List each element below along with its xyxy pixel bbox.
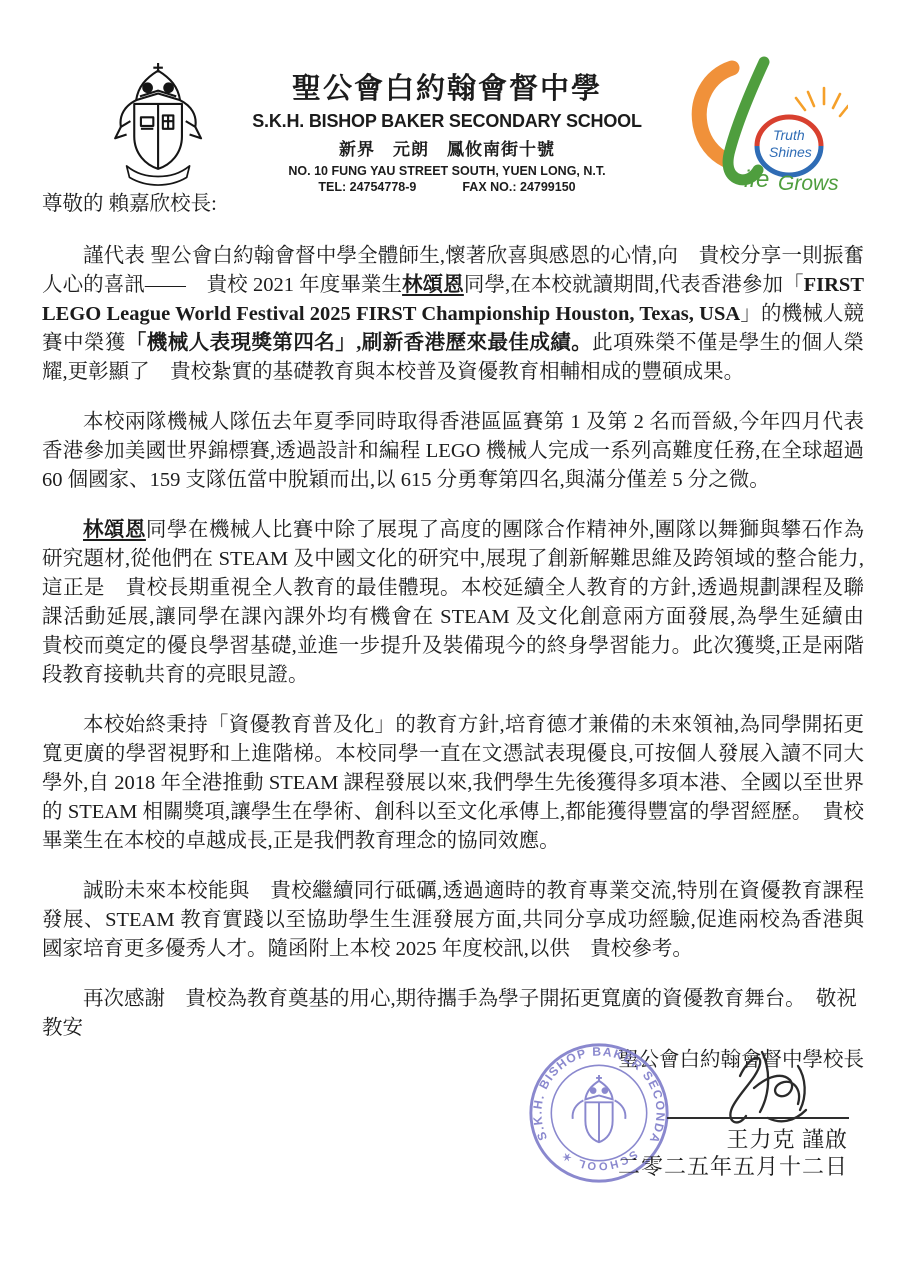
- logo-text-ife: ife: [744, 166, 769, 193]
- logo-motto-shines: Shines: [769, 144, 812, 160]
- letter-body: 尊敬的 賴嘉欣校長: 謹代表 聖公會白約翰會督中學全體師生,懷著欣喜與感恩的心情…: [42, 190, 864, 1075]
- letter-paragraph: 誠盼未來本校能與 貴校繼續同行砥礪,透過適時的教育專業交流,特別在資優教育課程發…: [42, 877, 864, 964]
- school-header: 聖公會白約翰會督中學 S.K.H. BISHOP BAKER SECONDARY…: [237, 66, 657, 194]
- letter-paragraph: 謹代表 聖公會白約翰會督中學全體師生,懷著欣喜與感恩的心情,向 貴校分享一則振奮…: [42, 242, 864, 387]
- paragraph-segment: 本校始終秉持「資優教育普及化」的教育方針,培育德才兼備的未來領袖,為同學開拓更寬…: [42, 714, 864, 852]
- salutation: 尊敬的 賴嘉欣校長:: [42, 190, 864, 219]
- paragraph-segment: 林頌恩: [83, 519, 146, 541]
- svg-text:S.K.H. BISHOP BAKER SECONDARY: S.K.H. BISHOP BAKER SECONDARY: [526, 1040, 668, 1146]
- logo-green-stem: [728, 62, 764, 180]
- logo-sun-rays: [796, 88, 848, 116]
- paragraph-segment: 本校兩隊機械人隊伍去年夏季同時取得香港區區賽第 1 及第 2 名而晉級,今年四月…: [42, 411, 864, 491]
- letter-page: 聖公會白約翰會督中學 S.K.H. BISHOP BAKER SECONDARY…: [0, 0, 905, 1280]
- school-logo-lifegrows: Truth Shines ife Grows: [672, 54, 848, 196]
- school-address-en: NO. 10 FUNG YAU STREET SOUTH, YUEN LONG,…: [237, 164, 657, 178]
- letter-date: 二零二五年五月十二日: [618, 1150, 848, 1181]
- letter-paragraph: 林頌恩同學在機械人比賽中除了展現了高度的團隊合作精神外,團隊以舞獅與攀石作為研究…: [42, 516, 864, 690]
- paragraph-segment: 誠盼未來本校能與 貴校繼續同行砥礪,透過適時的教育專業交流,特別在資優教育課程發…: [42, 880, 864, 960]
- letter-paragraph: 本校始終秉持「資優教育普及化」的教育方針,培育德才兼備的未來領袖,為同學開拓更寬…: [42, 711, 864, 856]
- paragraph-segment: 教安: [42, 1017, 83, 1039]
- paragraph-segment: 林頌恩: [402, 274, 464, 296]
- letter-paragraph: 再次感謝 貴校為教育奠基的用心,期待攜手為學子開拓更寬廣的資優教育舞台。 敬祝: [42, 985, 864, 1014]
- principal-signature: [710, 1046, 838, 1132]
- paragraph-segment: 同學在機械人比賽中除了展現了高度的團隊合作精神外,團隊以舞獅與攀石作為研究題材,…: [42, 519, 885, 686]
- school-name-zh: 聖公會白約翰會督中學: [237, 66, 657, 107]
- logo-motto-truth: Truth: [773, 127, 805, 143]
- letter-paragraph: 本校兩隊機械人隊伍去年夏季同時取得香港區區賽第 1 及第 2 名而晉級,今年四月…: [42, 408, 864, 495]
- school-crest-emblem: [98, 60, 222, 188]
- school-address-zh: 新界 元朗 鳳攸南街十號: [237, 135, 657, 160]
- stamp-crest: [573, 1075, 626, 1142]
- letter-paragraphs: 謹代表 聖公會白約翰會督中學全體師生,懷著欣喜與感恩的心情,向 貴校分享一則振奮…: [42, 242, 864, 1043]
- paragraph-segment: 同學,在本校就讀期間,代表香港參加「: [464, 274, 804, 296]
- stamp-text-top: S.K.H. BISHOP BAKER SECONDARY: [526, 1040, 668, 1146]
- signature-line: [667, 1117, 849, 1119]
- letter-paragraph: 教安: [42, 1014, 864, 1043]
- school-name-en: S.K.H. BISHOP BAKER SECONDARY SCHOOL: [237, 111, 657, 132]
- paragraph-segment: 「機械人表現獎第四名」,刷新香港歷來最佳成績。: [126, 332, 592, 354]
- paragraph-segment: 再次感謝 貴校為教育奠基的用心,期待攜手為學子開拓更寬廣的資優教育舞台。 敬祝: [83, 988, 857, 1010]
